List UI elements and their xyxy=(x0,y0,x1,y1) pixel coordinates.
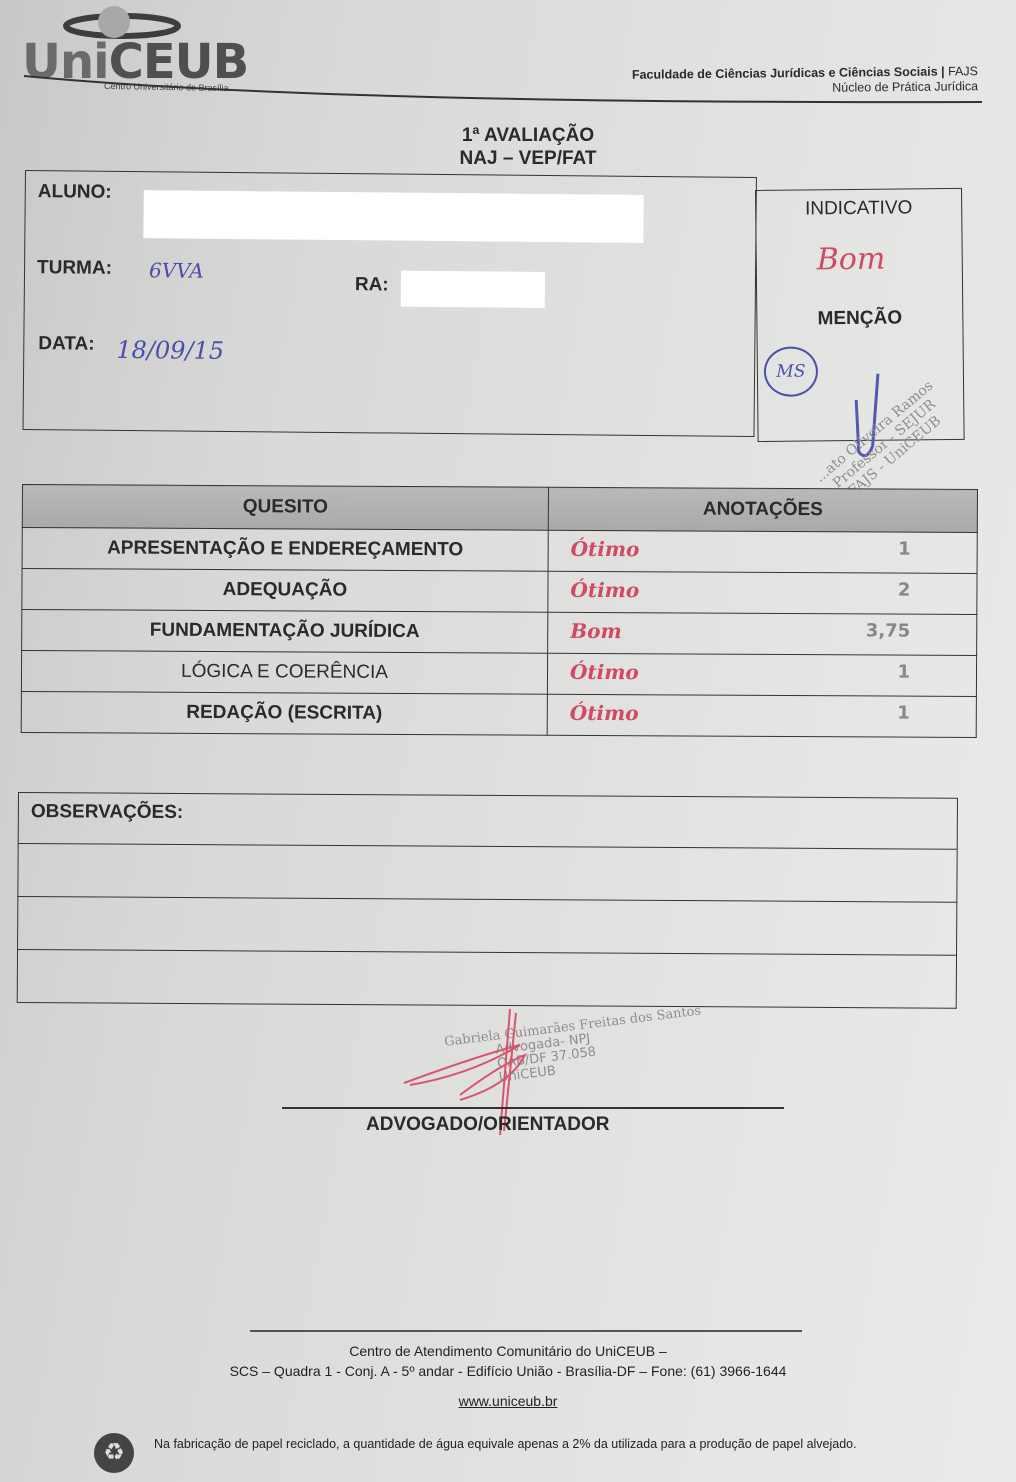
observation-line xyxy=(17,897,957,956)
criterion-label: REDAÇÃO (ESCRITA) xyxy=(21,691,547,735)
annotation-cell: Ótimo1 xyxy=(548,530,977,573)
recycle-note: Na fabricação de papel reciclado, a quan… xyxy=(154,1437,857,1451)
observations-header-row: OBSERVAÇÕES: xyxy=(18,792,958,850)
faculty-header: Faculdade de Ciências Jurídicas e Ciênci… xyxy=(632,64,978,98)
title-line-1: 1ª AVALIAÇÃO xyxy=(0,124,1016,147)
header-anotacoes: ANOTAÇÕES xyxy=(548,487,977,532)
table-row: REDAÇÃO (ESCRITA) Ótimo1 xyxy=(21,691,976,737)
criterion-label: ADEQUAÇÃO xyxy=(22,569,548,613)
annotation-score: 1 xyxy=(897,662,910,683)
table-header-row: QUESITO ANOTAÇÕES xyxy=(22,485,977,533)
footer-website-wrap: www.uniceub.br xyxy=(0,1393,1016,1409)
annotation-cell: Ótimo1 xyxy=(547,694,976,737)
observation-line xyxy=(17,950,957,1009)
student-info-box: ALUNO: TURMA: 6VVA RA: DATA: 18/09/15 xyxy=(23,170,757,437)
footer-line-2: SCS – Quadra 1 - Conj. A - 5º andar - Ed… xyxy=(0,1363,1016,1379)
criterion-label: APRESENTAÇÃO E ENDEREÇAMENTO xyxy=(22,528,548,572)
annotation-score: 3,75 xyxy=(866,620,911,641)
aluno-label: ALUNO: xyxy=(38,181,112,204)
criterion-label: FUNDAMENTAÇÃO JURÍDICA xyxy=(22,610,548,654)
indicativo-label: INDICATIVO xyxy=(756,197,961,221)
annotation-cell: Ótimo1 xyxy=(547,653,976,696)
signature-label: ADVOGADO/ORIENTADOR xyxy=(366,1114,609,1136)
data-label: DATA: xyxy=(38,333,94,356)
observation-line xyxy=(17,844,957,903)
ra-label: RA: xyxy=(355,274,389,296)
uniceub-logo: UniCEUB Centro Universitário de Brasília xyxy=(22,4,252,94)
website-link[interactable]: www.uniceub.br xyxy=(459,1393,558,1409)
criteria-table: QUESITO ANOTAÇÕES APRESENTAÇÃO E ENDEREÇ… xyxy=(21,484,978,738)
signature-line xyxy=(282,1107,784,1109)
observations-label: OBSERVAÇÕES: xyxy=(19,793,957,829)
annotation-cell: Ótimo2 xyxy=(548,571,977,614)
annotation-text: Ótimo xyxy=(570,701,639,725)
annotation-cell: Bom3,75 xyxy=(548,612,977,655)
ra-value-redacted xyxy=(401,271,545,308)
table-row: APRESENTAÇÃO E ENDEREÇAMENTO Ótimo1 xyxy=(22,528,977,574)
annotation-score: 1 xyxy=(897,703,910,724)
criterion-label: LÓGICA E COERÊNCIA xyxy=(21,651,547,695)
annotation-score: 1 xyxy=(898,539,911,560)
form-title: 1ª AVALIAÇÃO NAJ – VEP/FAT xyxy=(0,124,1016,170)
annotation-text: Ótimo xyxy=(571,537,640,561)
indicativo-value: Bom xyxy=(817,242,886,278)
aluno-value-redacted xyxy=(143,190,643,243)
annotation-text: Bom xyxy=(570,619,622,643)
table-row: LÓGICA E COERÊNCIA Ótimo1 xyxy=(21,651,976,697)
recycle-icon: ♻ xyxy=(94,1433,134,1473)
footer-line-1: Centro de Atendimento Comunitário do Uni… xyxy=(0,1343,1016,1359)
turma-label: TURMA: xyxy=(37,257,112,280)
data-value: 18/09/15 xyxy=(116,336,224,365)
observations-box: OBSERVAÇÕES: xyxy=(17,792,958,1009)
annotation-text: Ótimo xyxy=(570,578,639,602)
header-quesito: QUESITO xyxy=(22,485,548,531)
table-row: ADEQUAÇÃO Ótimo2 xyxy=(22,569,977,615)
annotation-score: 2 xyxy=(898,580,911,601)
annotation-text: Ótimo xyxy=(570,660,639,684)
footer-divider xyxy=(250,1330,802,1332)
turma-value: 6VVA xyxy=(149,258,204,283)
mencao-label: MENÇÃO xyxy=(757,307,962,331)
title-line-2: NAJ – VEP/FAT xyxy=(0,147,1016,170)
table-row: FUNDAMENTAÇÃO JURÍDICA Bom3,75 xyxy=(22,610,977,656)
faculty-abbr: FAJS xyxy=(948,64,978,78)
mencao-value: MS xyxy=(764,346,819,397)
